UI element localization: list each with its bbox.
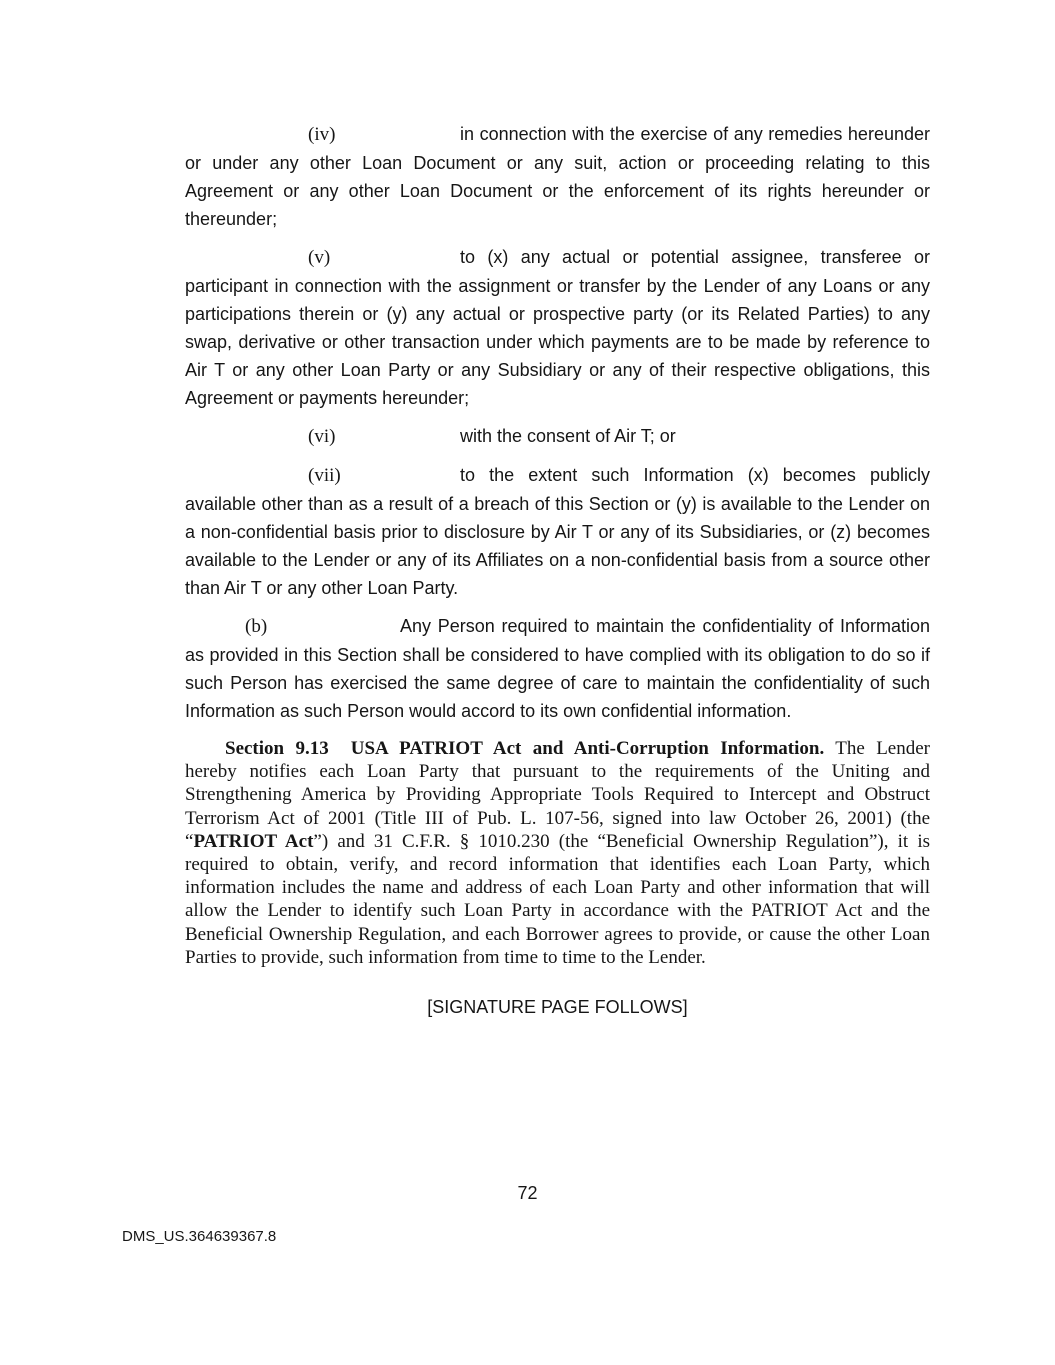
section-9-13-label: Section 9.13: [225, 738, 329, 759]
clause-vii: (vii)to the extent such Information (x) …: [185, 461, 930, 602]
clause-vii-number: (vii): [308, 462, 460, 490]
clause-v-text: to (x) any actual or potential assignee,…: [185, 247, 930, 408]
section-9-13-heading: USA PATRIOT Act and Anti-Corruption Info…: [351, 738, 824, 759]
page-number: 72: [0, 1183, 1055, 1204]
document-content: (iv)in connection with the exercise of a…: [185, 120, 930, 1018]
clause-vi-number: (vi): [308, 423, 460, 451]
clause-iv: (iv)in connection with the exercise of a…: [185, 120, 930, 233]
clause-iv-text: in connection with the exercise of any r…: [185, 124, 930, 229]
clause-vi-text: with the consent of Air T; or: [460, 426, 676, 446]
document-id-footer: DMS_US.364639367.8: [122, 1228, 276, 1245]
clause-vi: (vi)with the consent of Air T; or: [185, 422, 930, 451]
clause-vii-text: to the extent such Information (x) becom…: [185, 465, 930, 598]
signature-page-notice: [SIGNATURE PAGE FOLLOWS]: [185, 997, 930, 1018]
paragraph-b-number: (b): [245, 613, 400, 641]
document-page: (iv)in connection with the exercise of a…: [0, 0, 1055, 1365]
patriot-act-defined-term: PATRIOT Act: [193, 831, 313, 852]
clause-iv-number: (iv): [308, 121, 460, 149]
clause-v: (v)to (x) any actual or potential assign…: [185, 243, 930, 412]
paragraph-b: (b)Any Person required to maintain the c…: [185, 612, 930, 725]
clause-v-number: (v): [308, 244, 460, 272]
section-9-13-paragraph: Section 9.13USA PATRIOT Act and Anti-Cor…: [185, 737, 930, 969]
